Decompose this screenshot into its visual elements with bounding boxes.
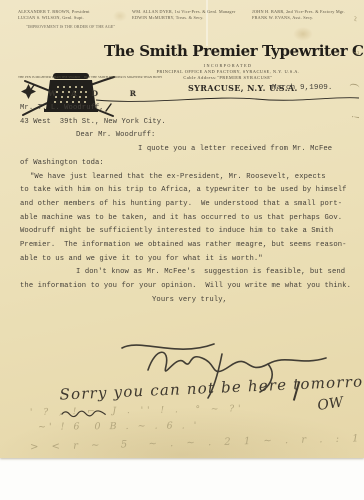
body-line: Woodruff might be sufficiently intereste…	[20, 225, 356, 239]
officer-left-1: ALEXANDER T. BROWN, President	[18, 9, 126, 14]
incorporated-label: INCORPORATED	[204, 63, 253, 68]
body-line: I don't know as Mr. McFee's suggestion i…	[20, 266, 356, 280]
company-motto: "IMPROVEMENT IS THE ORDER OF THE AGE"	[26, 25, 146, 29]
paper-crease	[206, 0, 208, 46]
letter-paper: ALEXANDER T. BROWN, President LUCIAN S. …	[0, 0, 364, 458]
office-address-line: PRINCIPAL OFFICE AND FACTORY, SYRACUSE, …	[156, 69, 299, 74]
officer-middle-1: WM. ALLAN DYER, 1st Vice-Pres. & Genl. M…	[132, 9, 250, 14]
officer-left-2: LUCIAN S. WILSON, Genl. Supt.	[18, 15, 126, 20]
initials-text: OW	[316, 394, 344, 413]
body-line: I quote you a letter received from Mr. M…	[20, 143, 356, 157]
recipient-address: 43 West 39th St., New York City.	[20, 116, 356, 130]
letter-body: Mr. T. L. Woodruff, 43 West 39th St., Ne…	[20, 102, 356, 308]
body-line: of Washington toda:	[20, 157, 356, 171]
margin-pencil-marks: ~ ? ( !	[349, 16, 360, 146]
pencil-shorthand-line: ~' ! 6 0 B . ~ . 6 . '	[38, 420, 199, 432]
recipient-name: Mr. T. L. Woodruff,	[20, 102, 356, 116]
cable-address-line: Cable Address:"PREMIER SYRACUSE"	[183, 75, 272, 80]
officer-middle-2: EDWIN McMURTRY, Treas. & Secy.	[132, 15, 250, 20]
scanned-letter-page: ALEXANDER T. BROWN, President LUCIAN S. …	[0, 0, 364, 500]
body-line: the information to you for your opinion.…	[20, 280, 356, 294]
body-line: able to us and we give it to you for wha…	[20, 253, 356, 267]
body-line: "We have just learned that the ex-Presid…	[20, 171, 356, 185]
date-line: March 9,1909.	[272, 84, 333, 92]
body-line: and other members of his hunting party. …	[20, 198, 356, 212]
emblem-caption-left: THE PEN IS MIGHTIER THAN THE SWORD	[18, 76, 58, 80]
body-line: Premier. The information we obtained was…	[20, 239, 356, 253]
body-line: to take with him on his trip to Africa, …	[20, 184, 356, 198]
salutation: Dear Mr. Woodruff:	[20, 129, 356, 143]
officer-right-1: JOHN H. BARR, 2nd Vice-Pres. & Factory M…	[252, 9, 362, 14]
body-line: able machine was to be taken, and it has…	[20, 212, 356, 226]
officer-right-2: FRANK W. EVANS, Asst. Secy.	[252, 15, 362, 20]
